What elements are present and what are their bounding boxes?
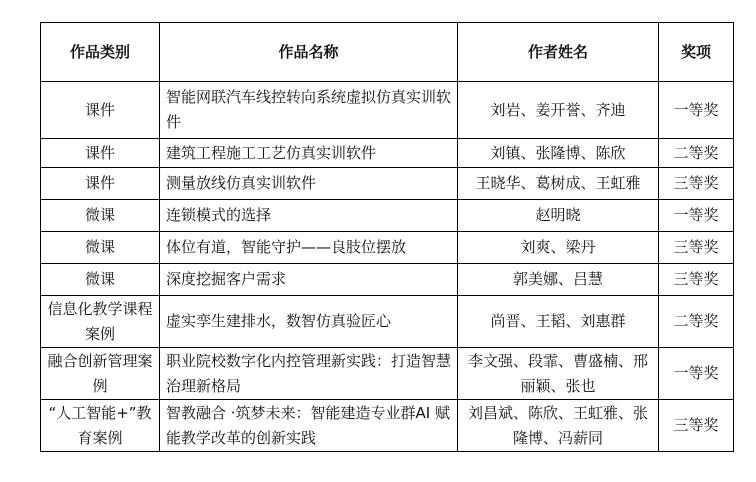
table-row: 微课 深度挖掘客户需求 郭美娜、吕慧 三等奖: [41, 264, 734, 296]
cell-category: 课件: [41, 139, 160, 168]
cell-award: 三等奖: [659, 168, 734, 200]
cell-category: 微课: [41, 264, 160, 296]
cell-title: 体位有道，智能守护——良肢位摆放: [160, 232, 458, 264]
cell-authors: 赵明晓: [458, 200, 659, 232]
cell-title: 职业院校数字化内控管理新实践：打造智慧治理新格局: [160, 348, 458, 400]
cell-title: 深度挖掘客户需求: [160, 264, 458, 296]
cell-authors: 李文强、段霏、曹盛楠、邢丽颖、张也: [458, 348, 659, 400]
cell-award: 二等奖: [659, 296, 734, 348]
cell-category: “人工智能+”教育案例: [41, 400, 160, 452]
cell-award: 一等奖: [659, 348, 734, 400]
header-category: 作品类别: [41, 23, 160, 82]
cell-authors: 刘昌斌、陈欣、王虹雅、张隆博、冯薪同: [458, 400, 659, 452]
cell-award: 三等奖: [659, 264, 734, 296]
table-row: 微课 连锁模式的选择 赵明晓 一等奖: [41, 200, 734, 232]
header-title: 作品名称: [160, 23, 458, 82]
cell-authors: 刘爽、梁丹: [458, 232, 659, 264]
cell-category: 微课: [41, 200, 160, 232]
table-row: 课件 建筑工程施工工艺仿真实训软件 刘镇、张隆博、陈欣 二等奖: [41, 139, 734, 168]
cell-category: 课件: [41, 82, 160, 139]
cell-award: 三等奖: [659, 400, 734, 452]
cell-award: 三等奖: [659, 232, 734, 264]
cell-title: 虚实孪生建排水，数智仿真验匠心: [160, 296, 458, 348]
cell-title: 连锁模式的选择: [160, 200, 458, 232]
awards-table: 作品类别 作品名称 作者姓名 奖项 课件 智能网联汽车线控转向系统虚拟仿真实训软…: [40, 22, 734, 452]
table-row: 微课 体位有道，智能守护——良肢位摆放 刘爽、梁丹 三等奖: [41, 232, 734, 264]
cell-category: 融合创新管理案例: [41, 348, 160, 400]
cell-authors: 郭美娜、吕慧: [458, 264, 659, 296]
cell-category: 信息化教学课程案例: [41, 296, 160, 348]
cell-award: 二等奖: [659, 139, 734, 168]
cell-category: 微课: [41, 232, 160, 264]
table-row: 课件 测量放线仿真实训软件 王晓华、葛树成、王虹雅 三等奖: [41, 168, 734, 200]
cell-award: 一等奖: [659, 200, 734, 232]
cell-title: 智能网联汽车线控转向系统虚拟仿真实训软件: [160, 82, 458, 139]
cell-authors: 尚晋、王韬、刘惠群: [458, 296, 659, 348]
cell-authors: 刘岩、姜开誉、齐迪: [458, 82, 659, 139]
table-row: “人工智能+”教育案例 智教融合 ·筑梦未来：智能建造专业群AI 赋能教学改革的…: [41, 400, 734, 452]
cell-category: 课件: [41, 168, 160, 200]
table-row: 课件 智能网联汽车线控转向系统虚拟仿真实训软件 刘岩、姜开誉、齐迪 一等奖: [41, 82, 734, 139]
cell-title: 测量放线仿真实训软件: [160, 168, 458, 200]
cell-award: 一等奖: [659, 82, 734, 139]
cell-authors: 刘镇、张隆博、陈欣: [458, 139, 659, 168]
cell-title: 建筑工程施工工艺仿真实训软件: [160, 139, 458, 168]
cell-title: 智教融合 ·筑梦未来：智能建造专业群AI 赋能教学改革的创新实践: [160, 400, 458, 452]
table-row: 信息化教学课程案例 虚实孪生建排水，数智仿真验匠心 尚晋、王韬、刘惠群 二等奖: [41, 296, 734, 348]
cell-authors: 王晓华、葛树成、王虹雅: [458, 168, 659, 200]
table-header-row: 作品类别 作品名称 作者姓名 奖项: [41, 23, 734, 82]
header-award: 奖项: [659, 23, 734, 82]
header-authors: 作者姓名: [458, 23, 659, 82]
table-row: 融合创新管理案例 职业院校数字化内控管理新实践：打造智慧治理新格局 李文强、段霏…: [41, 348, 734, 400]
